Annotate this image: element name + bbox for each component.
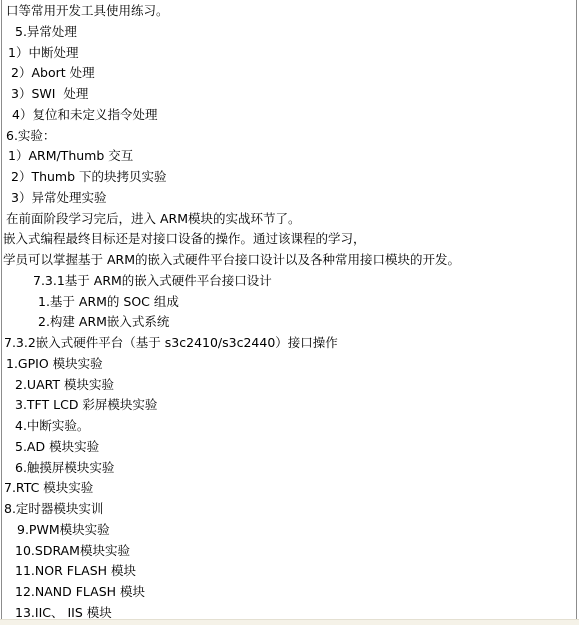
text-line: 学员可以掌握基于 ARM的嵌入式硬件平台接口设计以及各种常用接口模块的开发。 [2,250,576,271]
text-line: 4.中断实验。 [2,416,576,437]
text-line: 3）SWI 处理 [2,84,576,105]
text-line: 6.触摸屏模块实验 [2,458,576,479]
text-line: 1）中断处理 [2,43,576,64]
text-line: 5.异常处理 [2,22,576,43]
document-lines: 口等常用开发工具使用练习。5.异常处理1）中断处理2）Abort 处理3）SWI… [2,0,576,619]
text-line: 1.基于 ARM的 SOC 组成 [2,292,576,313]
text-line: 5.AD 模块实验 [2,437,576,458]
text-line: 7.3.2嵌入式硬件平台（基于 s3c2410/s3c2440）接口操作 [2,333,576,354]
text-line: 8.定时器模块实训 [2,499,576,520]
text-line: 2.UART 模块实验 [2,375,576,396]
text-line: 13.IIC、 IIS 模块 [2,603,576,619]
text-line: 6.实验： [2,126,576,147]
text-line: 7.3.1基于 ARM的嵌入式硬件平台接口设计 [2,271,576,292]
document-page: 口等常用开发工具使用练习。5.异常处理1）中断处理2）Abort 处理3）SWI… [0,0,579,625]
text-line: 1）ARM/Thumb 交互 [2,146,576,167]
text-line: 1.GPIO 模块实验 [2,354,576,375]
page-left-border [1,0,2,619]
text-line: 嵌入式编程最终目标还是对接口设备的操作。通过该课程的学习， [2,229,576,250]
text-line: 3.TFT LCD 彩屏模块实验 [2,395,576,416]
page-right-border [576,0,577,619]
text-line: 12.NAND FLASH 模块 [2,582,576,603]
text-line: 7.RTC 模块实验 [2,478,576,499]
text-line: 口等常用开发工具使用练习。 [2,1,576,22]
page-bottom-strip [0,619,579,625]
text-line: 2.构建 ARM嵌入式系统 [2,312,576,333]
text-line: 11.NOR FLASH 模块 [2,561,576,582]
text-line: 在前面阶段学习完后，进入 ARM模块的实战环节了。 [2,209,576,230]
text-line: 2）Abort 处理 [2,63,576,84]
text-line: 4）复位和未定义指令处理 [2,105,576,126]
text-line: 3）异常处理实验 [2,188,576,209]
text-line: 9.PWM模块实验 [2,520,576,541]
text-line: 10.SDRAM模块实验 [2,541,576,562]
text-line: 2）Thumb 下的块拷贝实验 [2,167,576,188]
